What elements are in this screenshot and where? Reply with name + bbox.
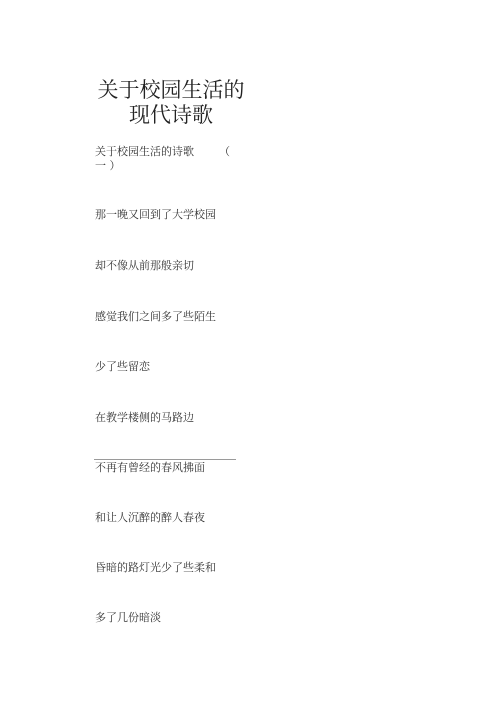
horizontal-rule — [94, 459, 236, 460]
title-line-2: 现代诗歌 — [90, 103, 252, 128]
document-page: 关于校园生活的 现代诗歌 关于校园生活的诗歌 （ 一 ） 那一晚又回到了大学校园… — [0, 0, 500, 708]
verse-line: 和让人沉醉的醉人春夜 — [95, 511, 205, 525]
poem-subtitle: 关于校园生活的诗歌 （ 一 ） — [95, 145, 194, 173]
verse-line: 多了几份暗淡 — [95, 611, 161, 625]
subtitle-paren-open: （ — [219, 145, 230, 159]
verse-line: 不再有曾经的春风拂面 — [95, 461, 205, 475]
verse-line: 少了些留恋 — [95, 360, 150, 374]
verse-line: 在教学楼侧的马路边 — [95, 411, 194, 425]
verse-line: 感觉我们之间多了些陌生 — [95, 310, 216, 324]
verse-line: 却不像从前那般亲切 — [95, 259, 194, 273]
subtitle-line-2: 一 ） — [95, 159, 194, 173]
title-line-1: 关于校园生活的 — [90, 78, 252, 103]
verse-line: 那一晚又回到了大学校园 — [95, 208, 216, 222]
verse-line: 昏暗的路灯光少了些柔和 — [95, 561, 216, 575]
page-title: 关于校园生活的 现代诗歌 — [90, 78, 252, 128]
subtitle-text: 关于校园生活的诗歌 — [95, 145, 194, 158]
